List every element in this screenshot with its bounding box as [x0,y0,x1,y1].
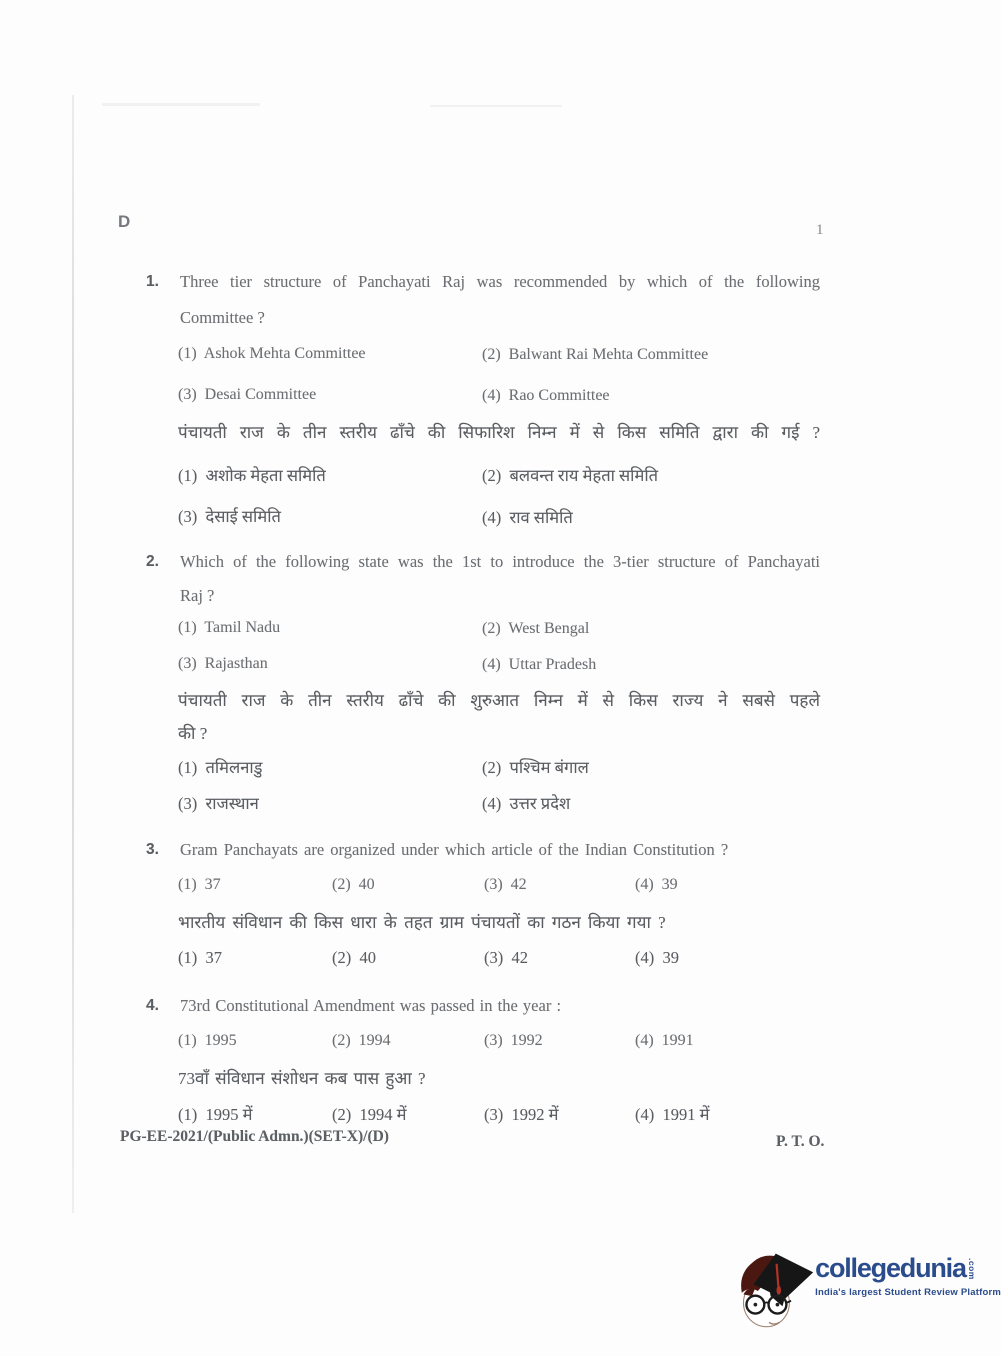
collegedunia-logo-text: collegedunia .com India's largest Studen… [815,1243,1001,1298]
question-2-option-hi-1: (1) तमिलनाडु [178,755,262,778]
question-4-text-hi: 73वाँ संविधान संशोधन कब पास हुआ ? [178,1066,426,1089]
question-4-option-en-2: (2) 1994 [332,1032,391,1050]
set-code: D [118,212,130,232]
question-1-number: 1. [146,273,159,291]
question-2-option-hi-3: (3) राजस्थान [178,791,259,814]
question-1-text-en: Committee ? [180,308,265,328]
collegedunia-wordmark: collegedunia [815,1255,966,1282]
question-3-text-hi: भारतीय संविधान की किस धारा के तहत ग्राम … [178,910,666,933]
question-2-text-en: Which of the following state was the 1st… [180,552,820,572]
page-number: 1 [816,222,824,239]
question-2-option-en-3: (3) Rajasthan [178,655,268,673]
paper-code-footer: PG-EE-2021/(Public Admn.)(SET-X)/(D) [120,1128,389,1146]
question-3-option-en-1: (1) 37 [178,876,221,894]
question-3-option-en-3: (3) 42 [484,876,527,894]
scan-smudge [102,103,260,106]
question-2-number: 2. [146,553,159,571]
question-2-option-en-4: (4) Uttar Pradesh [482,656,596,674]
exam-paper-page: D 1 1. Three tier structure of Panchayat… [0,0,1001,1356]
question-3-number: 3. [146,841,159,859]
question-1-text-en: Three tier structure of Panchayati Raj w… [180,272,820,292]
scan-smudge [430,105,562,107]
question-1-option-hi-1: (1) अशोक मेहता समिति [178,463,326,486]
question-2-option-en-1: (1) Tamil Nadu [178,619,280,637]
question-1-option-en-4: (4) Rao Committee [482,387,610,405]
question-2-option-hi-2: (2) पश्चिम बंगाल [482,755,589,778]
collegedunia-mascot-icon [735,1243,813,1339]
question-1-option-hi-3: (3) देसाई समिति [178,504,281,527]
question-4-option-en-4: (4) 1991 [635,1032,694,1050]
question-2-option-hi-4: (4) उत्तर प्रदेश [482,791,570,814]
question-3-option-hi-2: (2) 40 [332,948,376,968]
scan-fold-line [72,95,74,1213]
question-3-option-hi-3: (3) 42 [484,948,528,968]
question-3-option-hi-1: (1) 37 [178,948,222,968]
question-1-option-en-3: (3) Desai Committee [178,386,316,404]
question-4-number: 4. [146,997,159,1015]
question-1-option-hi-2: (2) बलवन्त राय मेहता समिति [482,463,658,486]
question-4-option-en-3: (3) 1992 [484,1032,543,1050]
question-1-option-hi-4: (4) राव समिति [482,505,573,528]
question-4-option-hi-2: (2) 1994 में [332,1102,406,1125]
question-3-option-en-4: (4) 39 [635,876,678,894]
question-3-text-en: Gram Panchayats are organized under whic… [180,840,728,860]
question-2-text-hi: की ? [178,721,207,744]
question-1-option-en-1: (1) Ashok Mehta Committee [178,345,366,363]
pto-footer: P. T. O. [776,1133,824,1151]
question-2-text-en: Raj ? [180,586,214,606]
question-2-text-hi: पंचायती राज के तीन स्तरीय ढाँचे की शुरुआ… [178,688,820,711]
collegedunia-domain-suffix: .com [967,1258,977,1280]
question-4-option-hi-3: (3) 1992 में [484,1102,558,1125]
question-2-option-en-2: (2) West Bengal [482,620,589,638]
question-4-option-hi-1: (1) 1995 में [178,1102,252,1125]
question-4-text-en: 73rd Constitutional Amendment was passed… [180,996,561,1016]
question-4-option-en-1: (1) 1995 [178,1032,237,1050]
question-1-option-en-2: (2) Balwant Rai Mehta Committee [482,346,708,364]
question-4-option-hi-4: (4) 1991 में [635,1102,709,1125]
collegedunia-tagline: India's largest Student Review Platform [815,1287,1001,1298]
question-3-option-en-2: (2) 40 [332,876,375,894]
question-3-option-hi-4: (4) 39 [635,948,679,968]
collegedunia-logo: collegedunia .com India's largest Studen… [735,1243,1001,1339]
question-1-text-hi: पंचायती राज के तीन स्तरीय ढाँचे की सिफार… [178,420,820,443]
